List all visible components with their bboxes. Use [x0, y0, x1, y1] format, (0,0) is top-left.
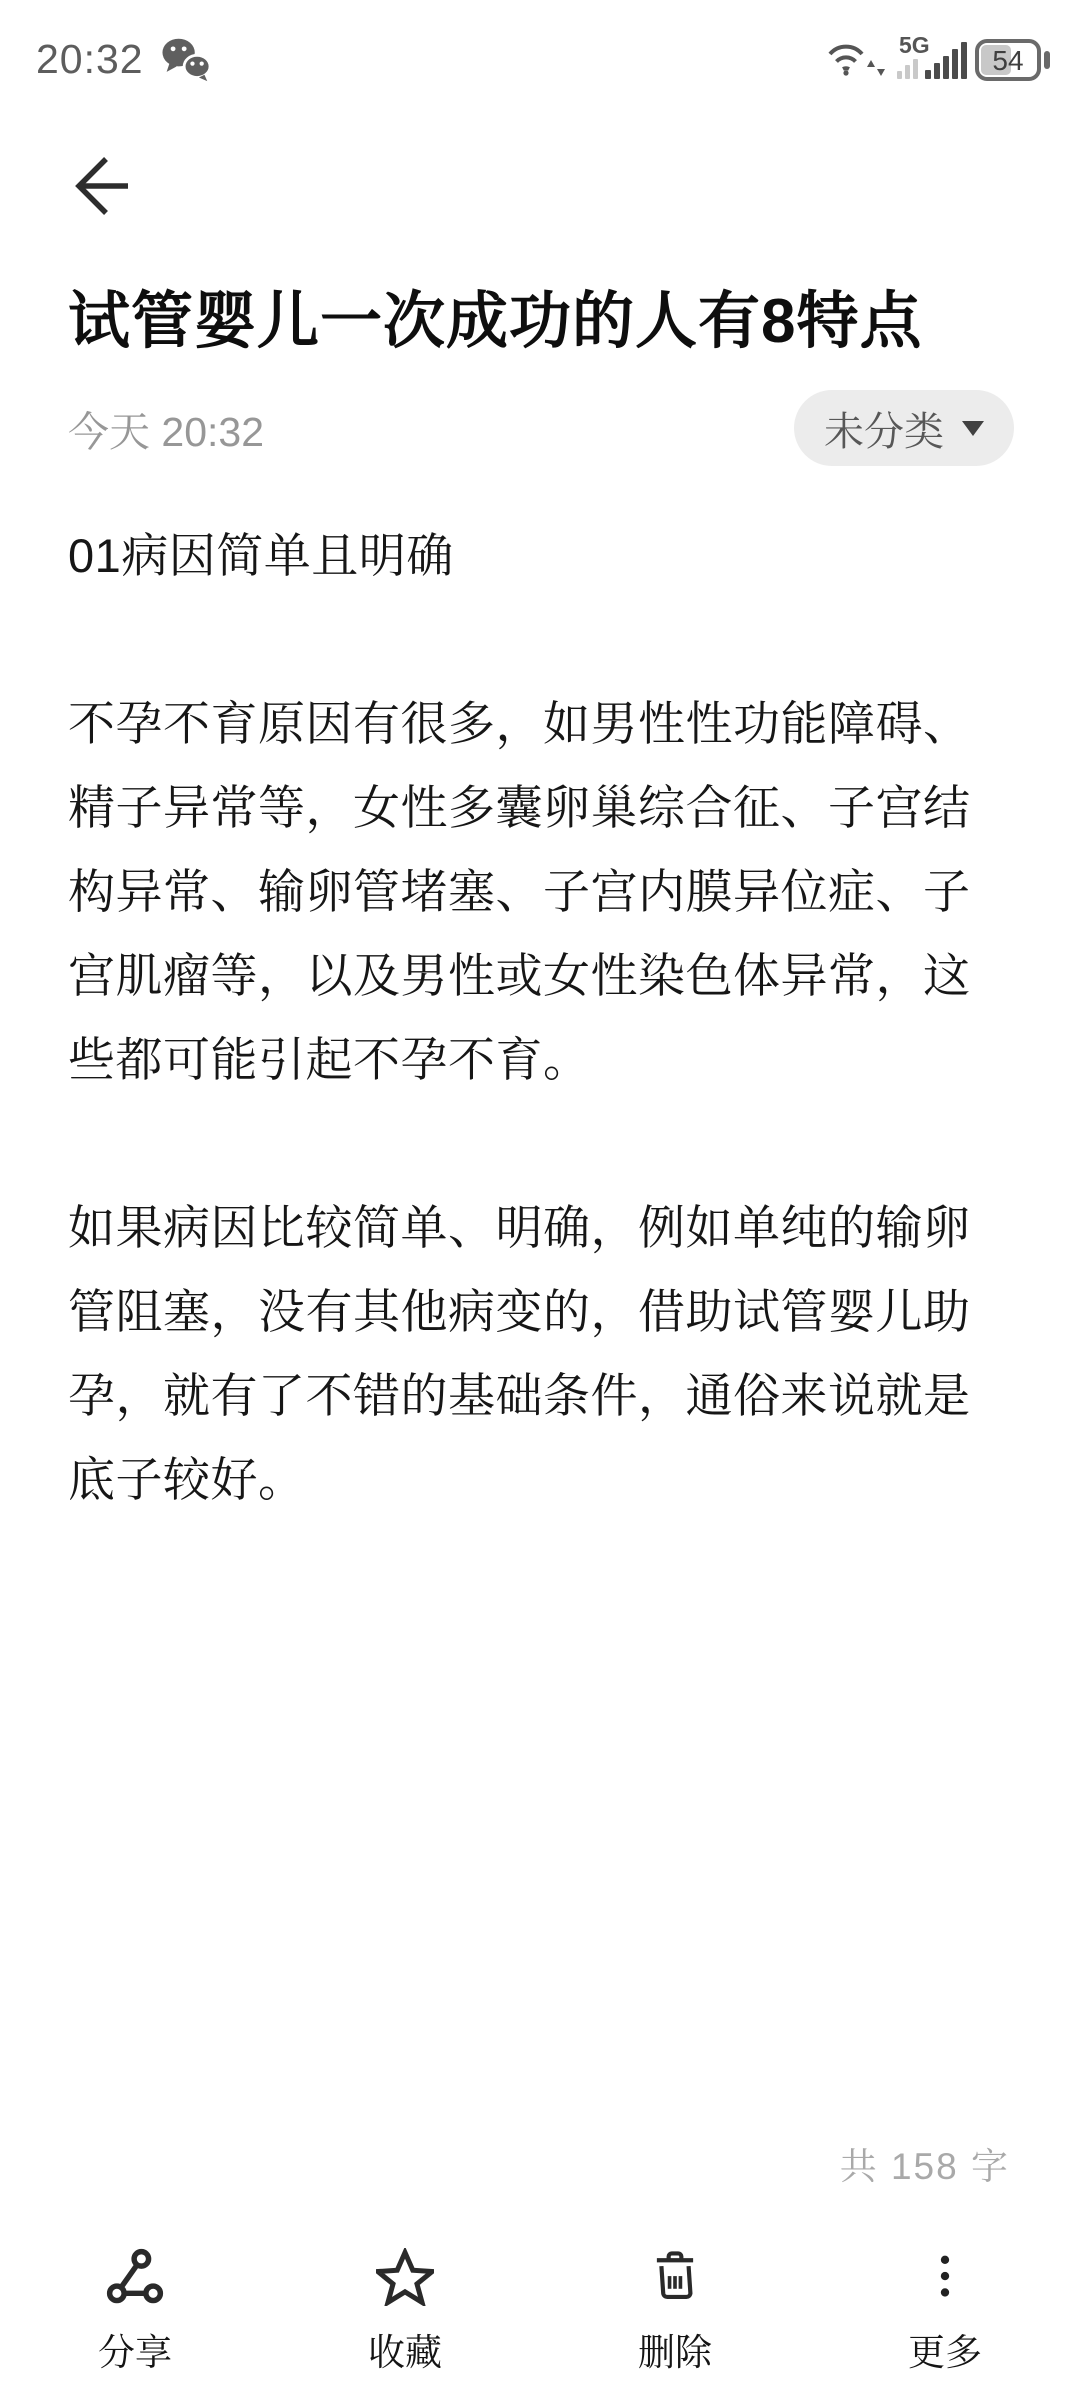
favorite-button[interactable]: 收藏	[270, 2238, 540, 2376]
note-content: 试管婴儿一次成功的人有8特点 今天 20:32 未分类 01病因简单且明确 不孕…	[68, 280, 1014, 1522]
data-arrows-icon	[867, 60, 885, 76]
toolbar-label: 删除	[638, 2322, 712, 2376]
note-paragraph: 01病因简单且明确	[68, 514, 1014, 598]
status-clock: 20:32	[36, 36, 144, 83]
battery-percent-label: 54	[992, 45, 1023, 76]
note-detail-screen: 20:32	[0, 0, 1080, 2387]
category-selector[interactable]: 未分类	[794, 390, 1014, 466]
status-bar-left: 20:32	[36, 35, 214, 83]
chevron-down-icon	[962, 421, 984, 436]
share-button[interactable]: 分享	[0, 2238, 270, 2376]
status-bar: 20:32	[36, 26, 1052, 92]
wechat-notification-icon	[158, 35, 214, 83]
bottom-toolbar: 分享 收藏 删除	[0, 2238, 1080, 2387]
status-bar-right: 5G 54	[827, 27, 1052, 91]
share-icon	[106, 2248, 164, 2306]
battery-icon: 54	[977, 41, 1050, 79]
back-arrow-icon	[66, 150, 138, 222]
wifi-icon	[830, 47, 862, 76]
note-title: 试管婴儿一次成功的人有8特点	[68, 280, 1014, 364]
network-type-label: 5G	[899, 32, 930, 58]
more-button[interactable]: 更多	[810, 2238, 1080, 2376]
toolbar-label: 更多	[908, 2322, 982, 2376]
note-body[interactable]: 01病因简单且明确 不孕不育原因有很多，如男性性功能障碍、精子异常等，女性多囊卵…	[68, 514, 1014, 1522]
note-paragraph: 不孕不育原因有很多，如男性性功能障碍、精子异常等，女性多囊卵巢综合征、子宫结构异…	[68, 682, 1014, 1102]
word-count: 共 158 字	[840, 2136, 1010, 2190]
note-timestamp: 今天 20:32	[68, 399, 264, 458]
note-paragraph: 如果病因比较简单、明确，例如单纯的输卵管阻塞，没有其他病变的，借助试管婴儿助孕，…	[68, 1186, 1014, 1522]
category-label: 未分类	[824, 400, 944, 457]
trash-icon	[646, 2248, 704, 2306]
note-meta-row: 今天 20:32 未分类	[68, 390, 1014, 466]
toolbar-label: 分享	[98, 2322, 172, 2376]
back-button[interactable]	[56, 140, 148, 232]
more-icon	[916, 2248, 974, 2306]
star-icon	[376, 2248, 434, 2306]
toolbar-label: 收藏	[368, 2322, 442, 2376]
delete-button[interactable]: 删除	[540, 2238, 810, 2376]
sim1-signal-icon	[925, 42, 967, 79]
sim2-signal-icon	[897, 59, 918, 79]
